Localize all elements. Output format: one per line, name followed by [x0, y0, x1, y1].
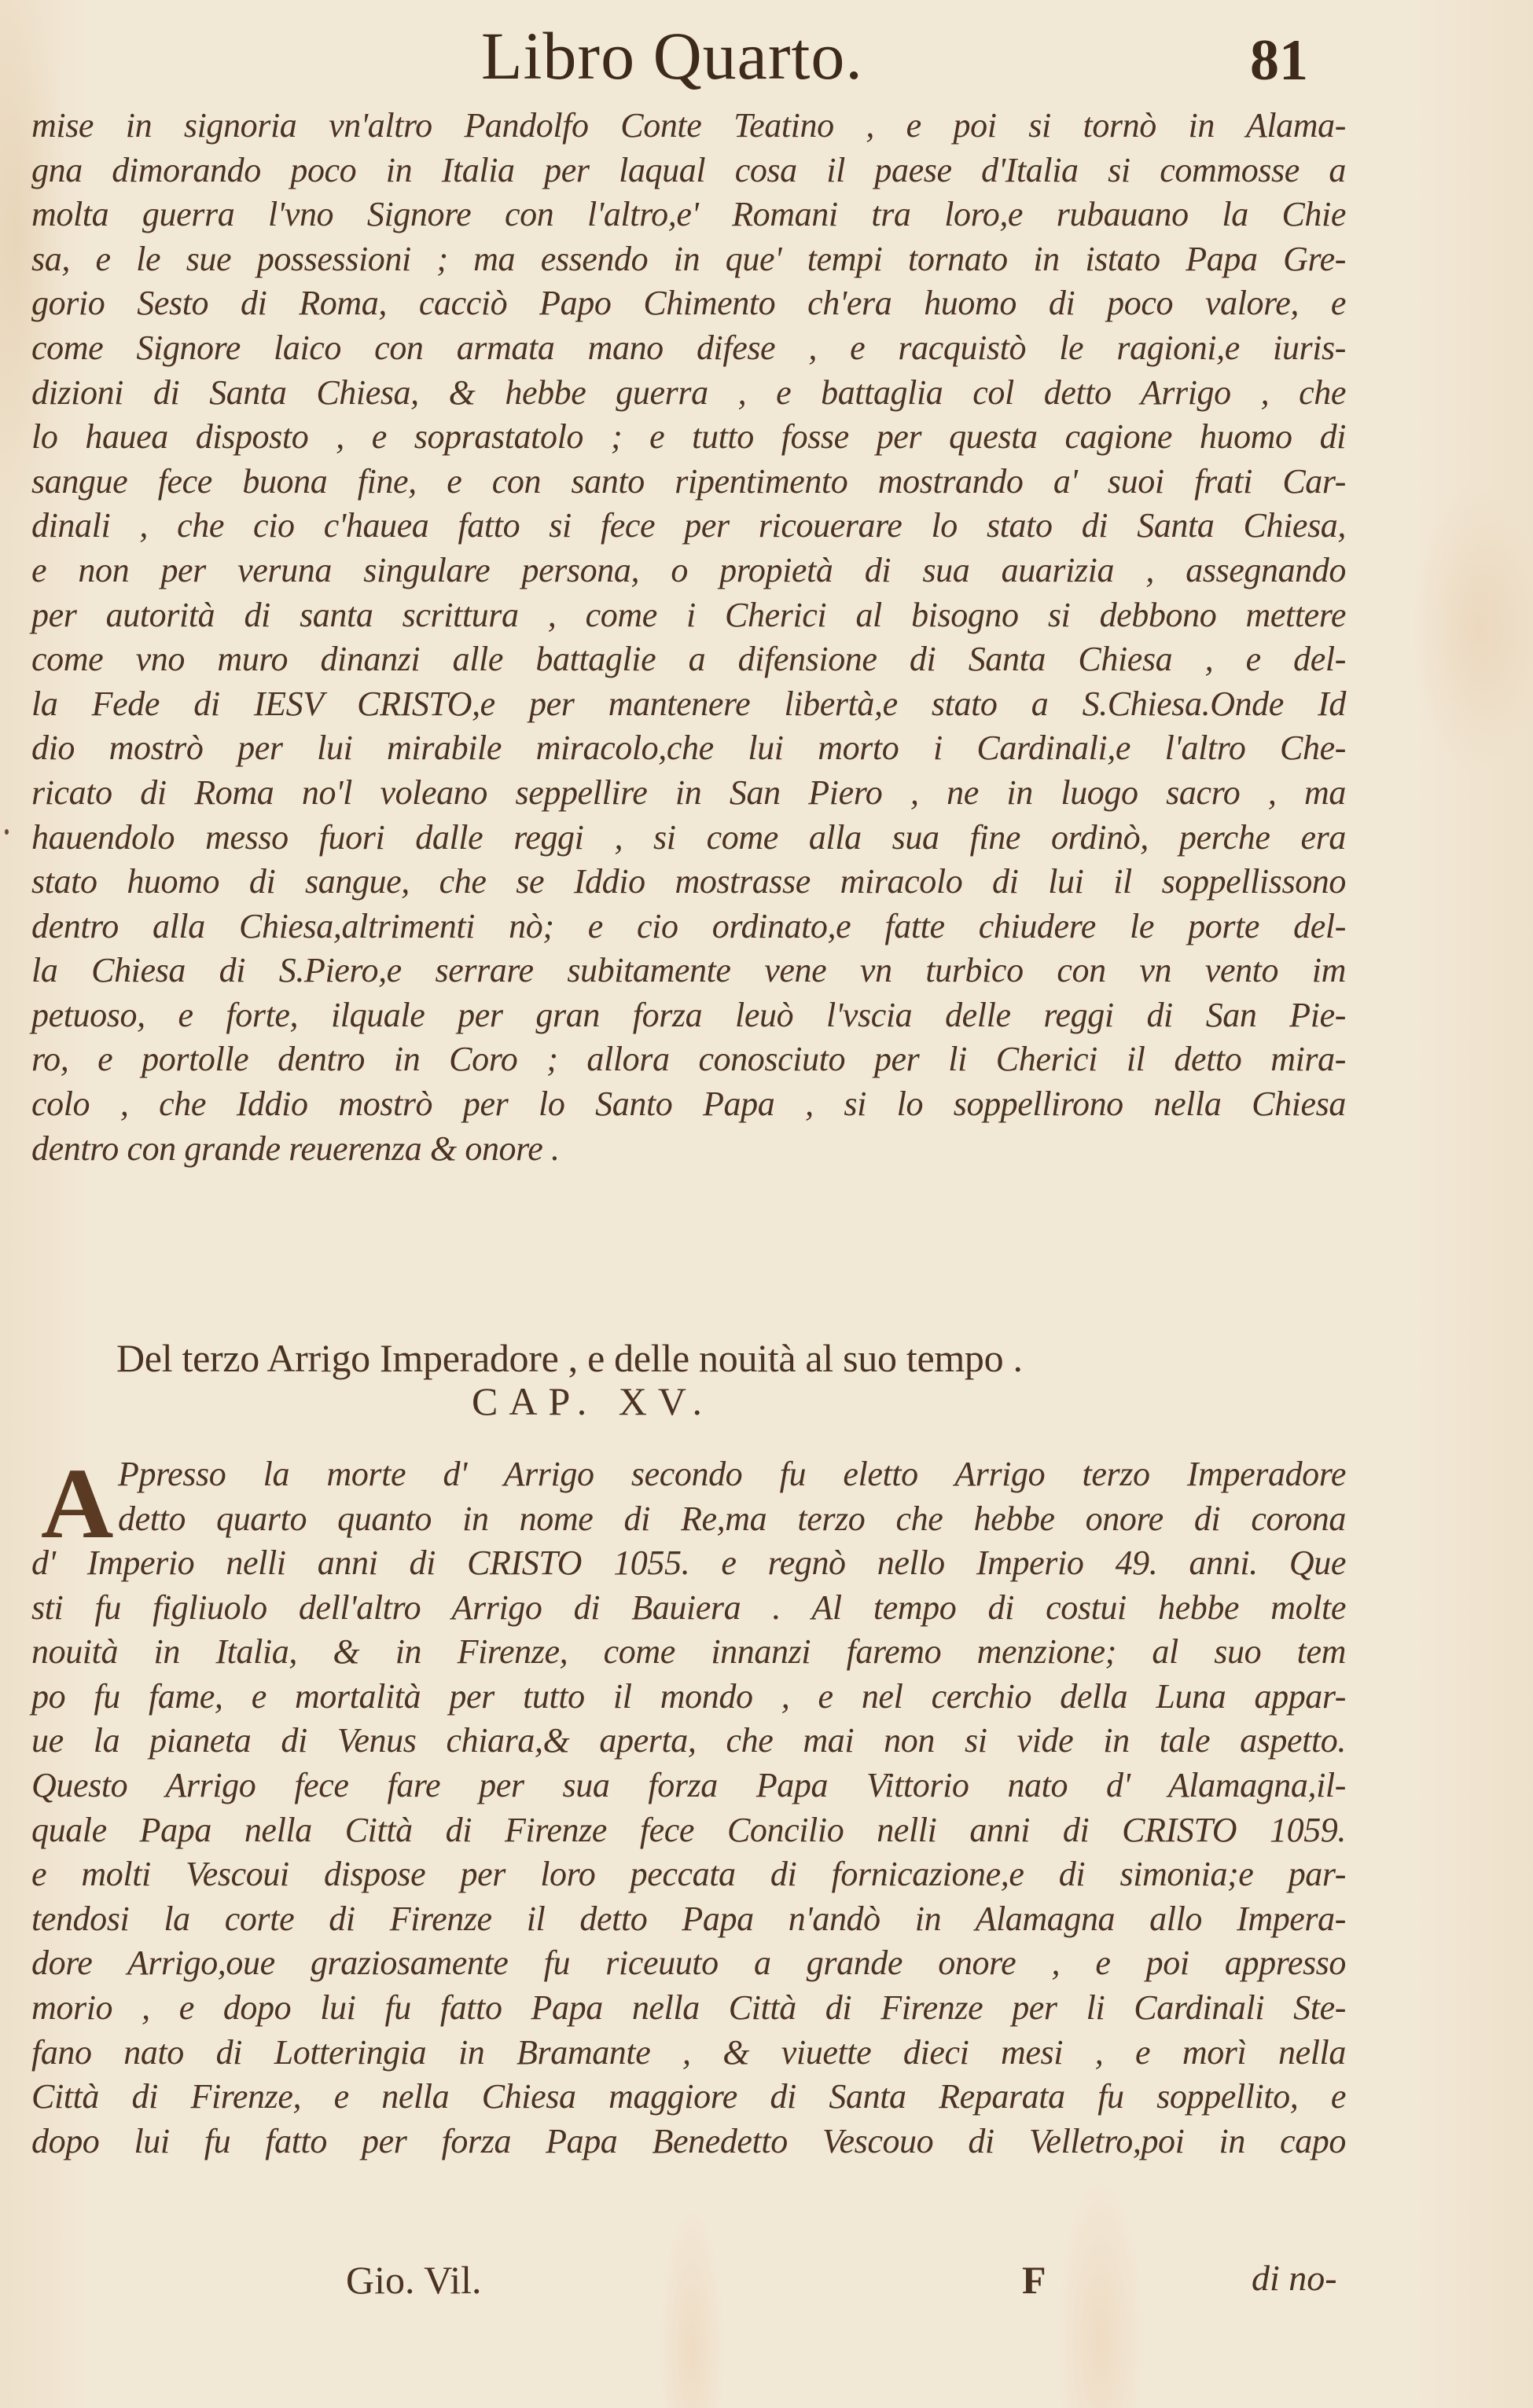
text-line: gorio Sesto di Roma, cacciò Papo Chiment…	[31, 281, 1346, 326]
text-line: dopo lui fu fatto per forza Papa Benedet…	[31, 2120, 1346, 2164]
text-line: Città di Firenze, e nella Chiesa maggior…	[31, 2075, 1346, 2120]
footer-signature-mark: F	[1022, 2257, 1046, 2303]
text-line: molta guerra l'vno Signore con l'altro,e…	[31, 193, 1346, 237]
text-line: lo hauea disposto , e soprastatolo ; e t…	[31, 415, 1346, 460]
text-line: hauendolo messo fuori dalle reggi , si c…	[31, 816, 1346, 861]
text-line: detto quarto quanto in nome di Re,ma ter…	[118, 1497, 1346, 1542]
text-line: d' Imperio nelli anni di CRISTO 1055. e …	[31, 1541, 1346, 1586]
text-line: dio mostrò per lui mirabile miracolo,che…	[31, 726, 1346, 771]
text-line: quale Papa nella Città di Firenze fece C…	[31, 1808, 1346, 1853]
text-line: sa, e le sue possessioni ; ma essendo in…	[31, 237, 1346, 282]
body-text-block-2-indented: Ppresso la morte d' Arrigo secondo fu el…	[118, 1452, 1346, 1541]
body-text-block-1: mise in signoria vn'altro Pandolfo Conte…	[31, 104, 1346, 1171]
running-head: Libro Quarto.	[481, 22, 863, 90]
text-line: sangue fece buona fine, e con santo ripe…	[31, 460, 1346, 505]
text-line: per autorità di santa scrittura , come i…	[31, 593, 1346, 638]
text-line: morio , e dopo lui fu fatto Papa nella C…	[31, 1986, 1346, 2031]
text-line: ricato di Roma no'l voleano seppellire i…	[31, 771, 1346, 816]
text-line: come Signore laico con armata mano difes…	[31, 326, 1346, 371]
text-line: mise in signoria vn'altro Pandolfo Conte…	[31, 104, 1346, 149]
text-line: la Fede di IESV CRISTO,e per mantenere l…	[31, 682, 1346, 727]
chapter-number: CAP. XV.	[472, 1379, 713, 1423]
text-line: Questo Arrigo fece fare per sua forza Pa…	[31, 1764, 1346, 1808]
text-line: petuoso, e forte, ilquale per gran forza…	[31, 993, 1346, 1038]
text-line: dinali , che cio c'hauea fatto si fece p…	[31, 504, 1346, 549]
book-page: Libro Quarto. 81 mise in signoria vn'alt…	[0, 0, 1533, 2408]
text-line: dizioni di Santa Chiesa, & hebbe guerra …	[31, 371, 1346, 416]
text-line: po fu fame, e mortalità per tutto il mon…	[31, 1675, 1346, 1720]
text-line: stato huomo di sangue, che se Iddio most…	[31, 860, 1346, 905]
text-line last-line: dentro con grande reuerenza & onore .	[31, 1127, 1346, 1172]
text-line: la Chiesa di S.Piero,e serrare subitamen…	[31, 949, 1346, 993]
page-number: 81	[1250, 31, 1308, 90]
text-line: fano nato di Lotteringia in Bramante , &…	[31, 2031, 1346, 2076]
text-line: e molti Vescoui dispose per loro peccata…	[31, 1852, 1346, 1897]
text-line: ro, e portolle dentro in Coro ; allora c…	[31, 1037, 1346, 1082]
chapter-title: Del terzo Arrigo Imperadore , e delle no…	[116, 1336, 1288, 1380]
text-line: ue la pianeta di Venus chiara,& aperta, …	[31, 1719, 1346, 1764]
text-line: come vno muro dinanzi alle battaglie a d…	[31, 637, 1346, 682]
text-line: e non per veruna singulare persona, o pr…	[31, 549, 1346, 593]
text-line: nouità in Italia, & in Firenze, come inn…	[31, 1630, 1346, 1675]
ink-speck	[5, 829, 9, 835]
text-line: sti fu figliuolo dell'altro Arrigo di Ba…	[31, 1586, 1346, 1631]
footer-signature-label: Gio. Vil.	[346, 2257, 482, 2303]
text-line: dentro alla Chiesa,altrimenti nò; e cio …	[31, 905, 1346, 949]
drop-cap-initial: A	[41, 1460, 113, 1547]
text-line: gna dimorando poco in Italia per laqual …	[31, 149, 1346, 193]
footer-catchword: di no-	[1252, 2257, 1337, 2299]
text-line: dore Arrigo,oue graziosamente fu riceuut…	[31, 1941, 1346, 1986]
text-line: colo , che Iddio mostrò per lo Santo Pap…	[31, 1082, 1346, 1127]
text-line: tendosi la corte di Firenze il detto Pap…	[31, 1897, 1346, 1942]
text-line: Ppresso la morte d' Arrigo secondo fu el…	[118, 1452, 1346, 1497]
body-text-block-2: d' Imperio nelli anni di CRISTO 1055. e …	[31, 1541, 1346, 2164]
